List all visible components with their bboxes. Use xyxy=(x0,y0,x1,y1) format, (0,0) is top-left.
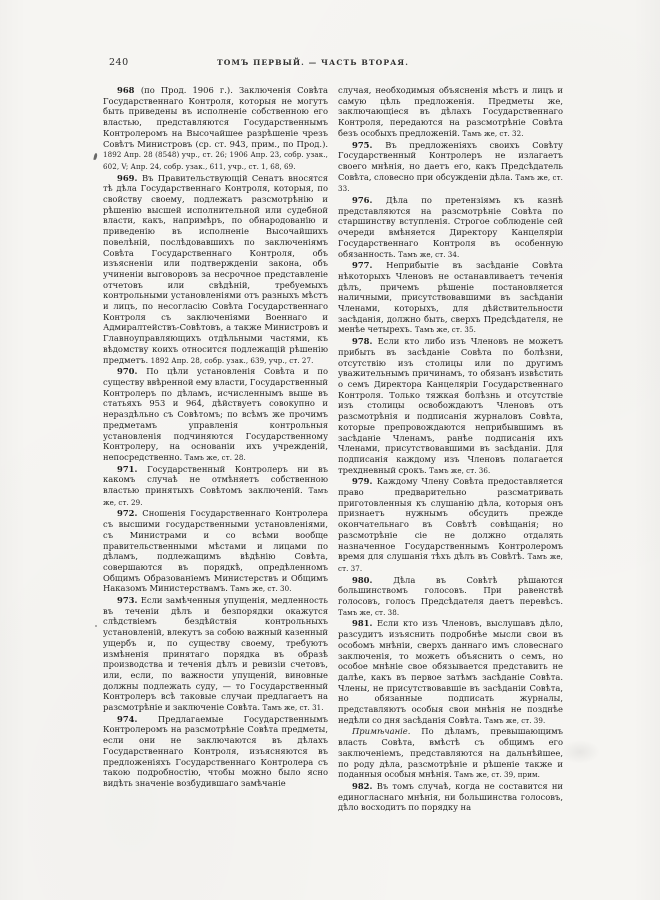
article-973: 973. Если замѣченныя упущенія, медленнос… xyxy=(103,595,328,714)
legal-citation: Тамъ же, ст. 39, прим. xyxy=(454,770,540,779)
legal-citation: Тамъ же, ст. 32. xyxy=(462,129,523,138)
margin-ink-dot xyxy=(95,625,97,627)
left-column: 968 (по Прод. 1906 г.). Заключенія Совѣт… xyxy=(103,85,328,813)
article-number: 968 xyxy=(117,85,141,95)
article-number: 969. xyxy=(117,173,142,183)
article-text: Въ Правительствующій Сенатъ вносятся тѣ … xyxy=(103,173,328,365)
note-label: Примѣчаніе. xyxy=(352,726,421,736)
article-number: 982. xyxy=(352,781,377,791)
article-text: Если замѣченныя упущенія, медленность въ… xyxy=(103,595,328,712)
article-text: Если кто изъ Членовъ, выслушавъ дѣло, ра… xyxy=(338,618,563,724)
scanned-book-page: 240 ТОМЪ ПЕРВЫЙ. — ЧАСТЬ ВТОРАЯ. 968 (по… xyxy=(0,0,660,900)
legal-citation: Тамъ же, ст. 36. xyxy=(429,466,490,475)
legal-citation: Тамъ же, ст. 34. xyxy=(398,250,459,259)
article-977: 977. Неприбытіе въ засѣданіе Совѣта нѣко… xyxy=(338,260,563,336)
legal-citation: Тамъ же, ст. 35. xyxy=(415,325,476,334)
article-number: 980. xyxy=(352,575,393,585)
article-number: 976. xyxy=(352,195,386,205)
note-paragraph: Примѣчаніе. По дѣламъ, превышающимъ влас… xyxy=(338,726,563,781)
article-number: 972. xyxy=(117,508,142,518)
running-title: ТОМЪ ПЕРВЫЙ. — ЧАСТЬ ВТОРАЯ. xyxy=(103,58,523,67)
page-body: 968 (по Прод. 1906 г.). Заключенія Совѣт… xyxy=(103,85,563,813)
article-969: 969. Въ Правительствующій Сенатъ вносятс… xyxy=(103,173,328,367)
article-975: 975. Въ предложеніяхъ своихъ Совѣту Госу… xyxy=(338,140,563,196)
article-text: Неприбытіе въ засѣданіе Совѣта нѣкоторых… xyxy=(338,260,563,334)
legal-citation: Тамъ же, ст. 38. xyxy=(338,608,399,617)
article-text: По цѣли установленія Совѣта и по существ… xyxy=(103,366,328,462)
article-number: 977. xyxy=(352,260,386,270)
article-text: Сношенія Государственнаго Контролера съ … xyxy=(103,508,328,593)
article-982: 982. Въ томъ случаѣ, когда не составится… xyxy=(338,781,563,813)
running-head: 240 ТОМЪ ПЕРВЫЙ. — ЧАСТЬ ВТОРАЯ. xyxy=(103,57,563,71)
article-976: 976. Дѣла по претензіямъ къ казнѣ предст… xyxy=(338,195,563,260)
article-970: 970. По цѣли установленія Совѣта и по су… xyxy=(103,366,328,463)
legal-citation: Тамъ же, ст. 39. xyxy=(484,716,545,725)
legal-citation: 1892 Апр. 28 (8548) учр., ст. 26; 1906 А… xyxy=(103,150,328,171)
legal-citation: Тамъ же, ст. 30. xyxy=(230,584,291,593)
legal-citation: Тамъ же, ст. 28. xyxy=(185,453,246,462)
article-text: Предлагаемые Государственнымъ Контролеро… xyxy=(103,714,328,788)
article-968: 968 (по Прод. 1906 г.). Заключенія Совѣт… xyxy=(103,85,328,173)
article-979: 979. Каждому Члену Совѣта предоставляетс… xyxy=(338,476,563,574)
article-number: 973. xyxy=(117,595,141,605)
article-number: 971. xyxy=(117,464,147,474)
article-number: 974. xyxy=(117,714,158,724)
margin-ink-mark xyxy=(93,153,97,160)
article-text: Каждому Члену Совѣта предоставляется пра… xyxy=(338,476,563,561)
article-number: 975. xyxy=(352,140,385,150)
legal-citation: 1892 Апр. 28, собр. узак., 639, учр., ст… xyxy=(151,356,314,365)
article-text: случая, необходимыя объясненія мѣстъ и л… xyxy=(338,85,563,138)
article-971: 971. Государственный Контролеръ ни въ ка… xyxy=(103,464,328,509)
scan-smudge xyxy=(560,740,600,764)
article-number: 970. xyxy=(117,366,146,376)
article-972: 972. Сношенія Государственнаго Контролер… xyxy=(103,508,328,595)
article-number: 981. xyxy=(352,618,377,628)
article-978: 978. Если кто либо изъ Членовъ не можетъ… xyxy=(338,336,563,476)
legal-citation: Тамъ же, ст. 31. xyxy=(262,703,323,712)
right-column: случая, необходимыя объясненія мѣстъ и л… xyxy=(338,85,563,813)
article-text: Если кто либо изъ Членовъ не можетъ приб… xyxy=(338,336,563,474)
continuation-paragraph: случая, необходимыя объясненія мѣстъ и л… xyxy=(338,85,563,140)
article-number: 978. xyxy=(352,336,378,346)
article-981: 981. Если кто изъ Членовъ, выслушавъ дѣл… xyxy=(338,618,563,726)
article-980: 980. Дѣла въ Совѣтѣ рѣшаются большинство… xyxy=(338,575,563,619)
scan-smudge xyxy=(280,112,290,120)
article-number: 979. xyxy=(352,476,377,486)
article-974: 974. Предлагаемые Государственнымъ Контр… xyxy=(103,714,328,789)
